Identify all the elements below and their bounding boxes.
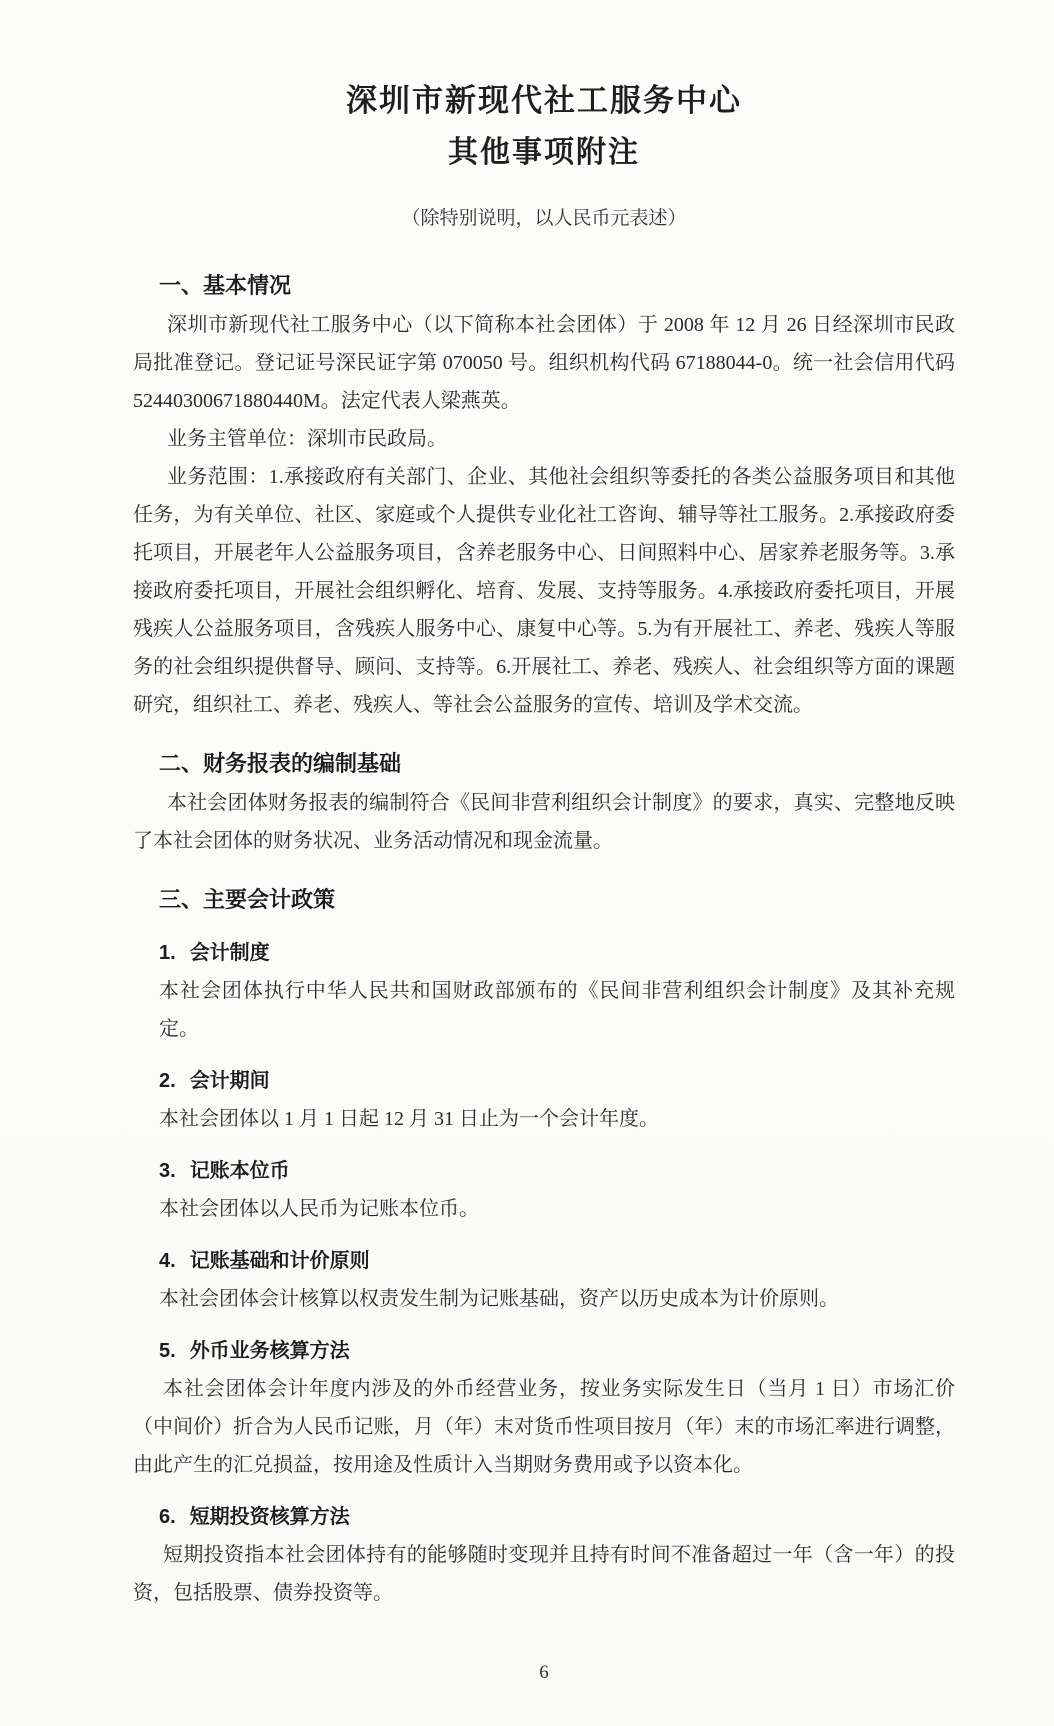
policy-item-body: 短期投资指本社会团体持有的能够随时变现并且持有时间不准备超过一年（含一年）的投资…: [133, 1536, 955, 1612]
paragraph-registration: 深圳市新现代社工服务中心（以下简称本社会团体）于 2008 年 12 月 26 …: [133, 306, 955, 420]
paragraph-preparation-basis: 本社会团体财务报表的编制符合《民间非营利组织会计制度》的要求，真实、完整地反映了…: [133, 784, 955, 860]
policy-item-number: 3.: [159, 1160, 176, 1182]
policy-item-title: 记账本位币: [190, 1160, 290, 1182]
document-page: 深圳市新现代社工服务中心 其他事项附注 （除特别说明，以人民币元表述） 一、基本…: [0, 0, 1054, 1726]
policy-item-heading: 5.外币业务核算方法: [133, 1332, 955, 1370]
document-subtitle: 其他事项附注: [133, 132, 955, 174]
policy-item-number: 5.: [159, 1340, 176, 1362]
policy-item-body: 本社会团体会计年度内涉及的外币经营业务，按业务实际发生日（当月 1 日）市场汇价…: [133, 1370, 955, 1484]
currency-note: （除特别说明，以人民币元表述）: [133, 206, 955, 232]
policy-item-body: 本社会团体以 1 月 1 日起 12 月 31 日止为一个会计年度。: [133, 1100, 955, 1138]
policy-item-title: 会计制度: [190, 942, 270, 964]
page-number: 6: [133, 1660, 955, 1686]
policy-item-number: 2.: [159, 1070, 176, 1092]
policy-item-title: 短期投资核算方法: [190, 1506, 350, 1528]
policy-item-accounting-basis: 4.记账基础和计价原则 本社会团体会计核算以权责发生制为记账基础，资产以历史成本…: [133, 1242, 955, 1318]
section-heading-basic-info: 一、基本情况: [133, 266, 955, 306]
policy-item-number: 4.: [159, 1250, 176, 1272]
policy-item-number: 1.: [159, 942, 176, 964]
policy-item-foreign-currency: 5.外币业务核算方法 本社会团体会计年度内涉及的外币经营业务，按业务实际发生日（…: [133, 1332, 955, 1484]
section-heading-preparation-basis: 二、财务报表的编制基础: [133, 744, 955, 784]
policy-item-body: 本社会团体会计核算以权责发生制为记账基础，资产以历史成本为计价原则。: [133, 1280, 955, 1318]
policy-item-heading: 6.短期投资核算方法: [133, 1498, 955, 1536]
policy-item-title: 记账基础和计价原则: [190, 1250, 370, 1272]
document-title: 深圳市新现代社工服务中心: [133, 80, 955, 122]
policy-item-accounting-period: 2.会计期间 本社会团体以 1 月 1 日起 12 月 31 日止为一个会计年度…: [133, 1062, 955, 1138]
paragraph-supervising-unit: 业务主管单位：深圳市民政局。: [133, 420, 955, 458]
policy-item-number: 6.: [159, 1506, 176, 1528]
policy-item-accounting-system: 1.会计制度 本社会团体执行中华人民共和国财政部颁布的《民间非营利组织会计制度》…: [133, 934, 955, 1048]
policy-item-title: 会计期间: [190, 1070, 270, 1092]
policy-item-heading: 3.记账本位币: [133, 1152, 955, 1190]
policy-item-title: 外币业务核算方法: [190, 1340, 350, 1362]
policy-item-heading: 1.会计制度: [133, 934, 955, 972]
policy-item-short-term-investment: 6.短期投资核算方法 短期投资指本社会团体持有的能够随时变现并且持有时间不准备超…: [133, 1498, 955, 1612]
policy-item-functional-currency: 3.记账本位币 本社会团体以人民币为记账本位币。: [133, 1152, 955, 1228]
section-heading-accounting-policies: 三、主要会计政策: [133, 880, 955, 920]
policy-item-body: 本社会团体以人民币为记账本位币。: [133, 1190, 955, 1228]
policy-item-heading: 2.会计期间: [133, 1062, 955, 1100]
policy-item-body: 本社会团体执行中华人民共和国财政部颁布的《民间非营利组织会计制度》及其补充规定。: [133, 972, 955, 1048]
policy-item-heading: 4.记账基础和计价原则: [133, 1242, 955, 1280]
paragraph-business-scope: 业务范围：1.承接政府有关部门、企业、其他社会组织等委托的各类公益服务项目和其他…: [133, 458, 955, 724]
